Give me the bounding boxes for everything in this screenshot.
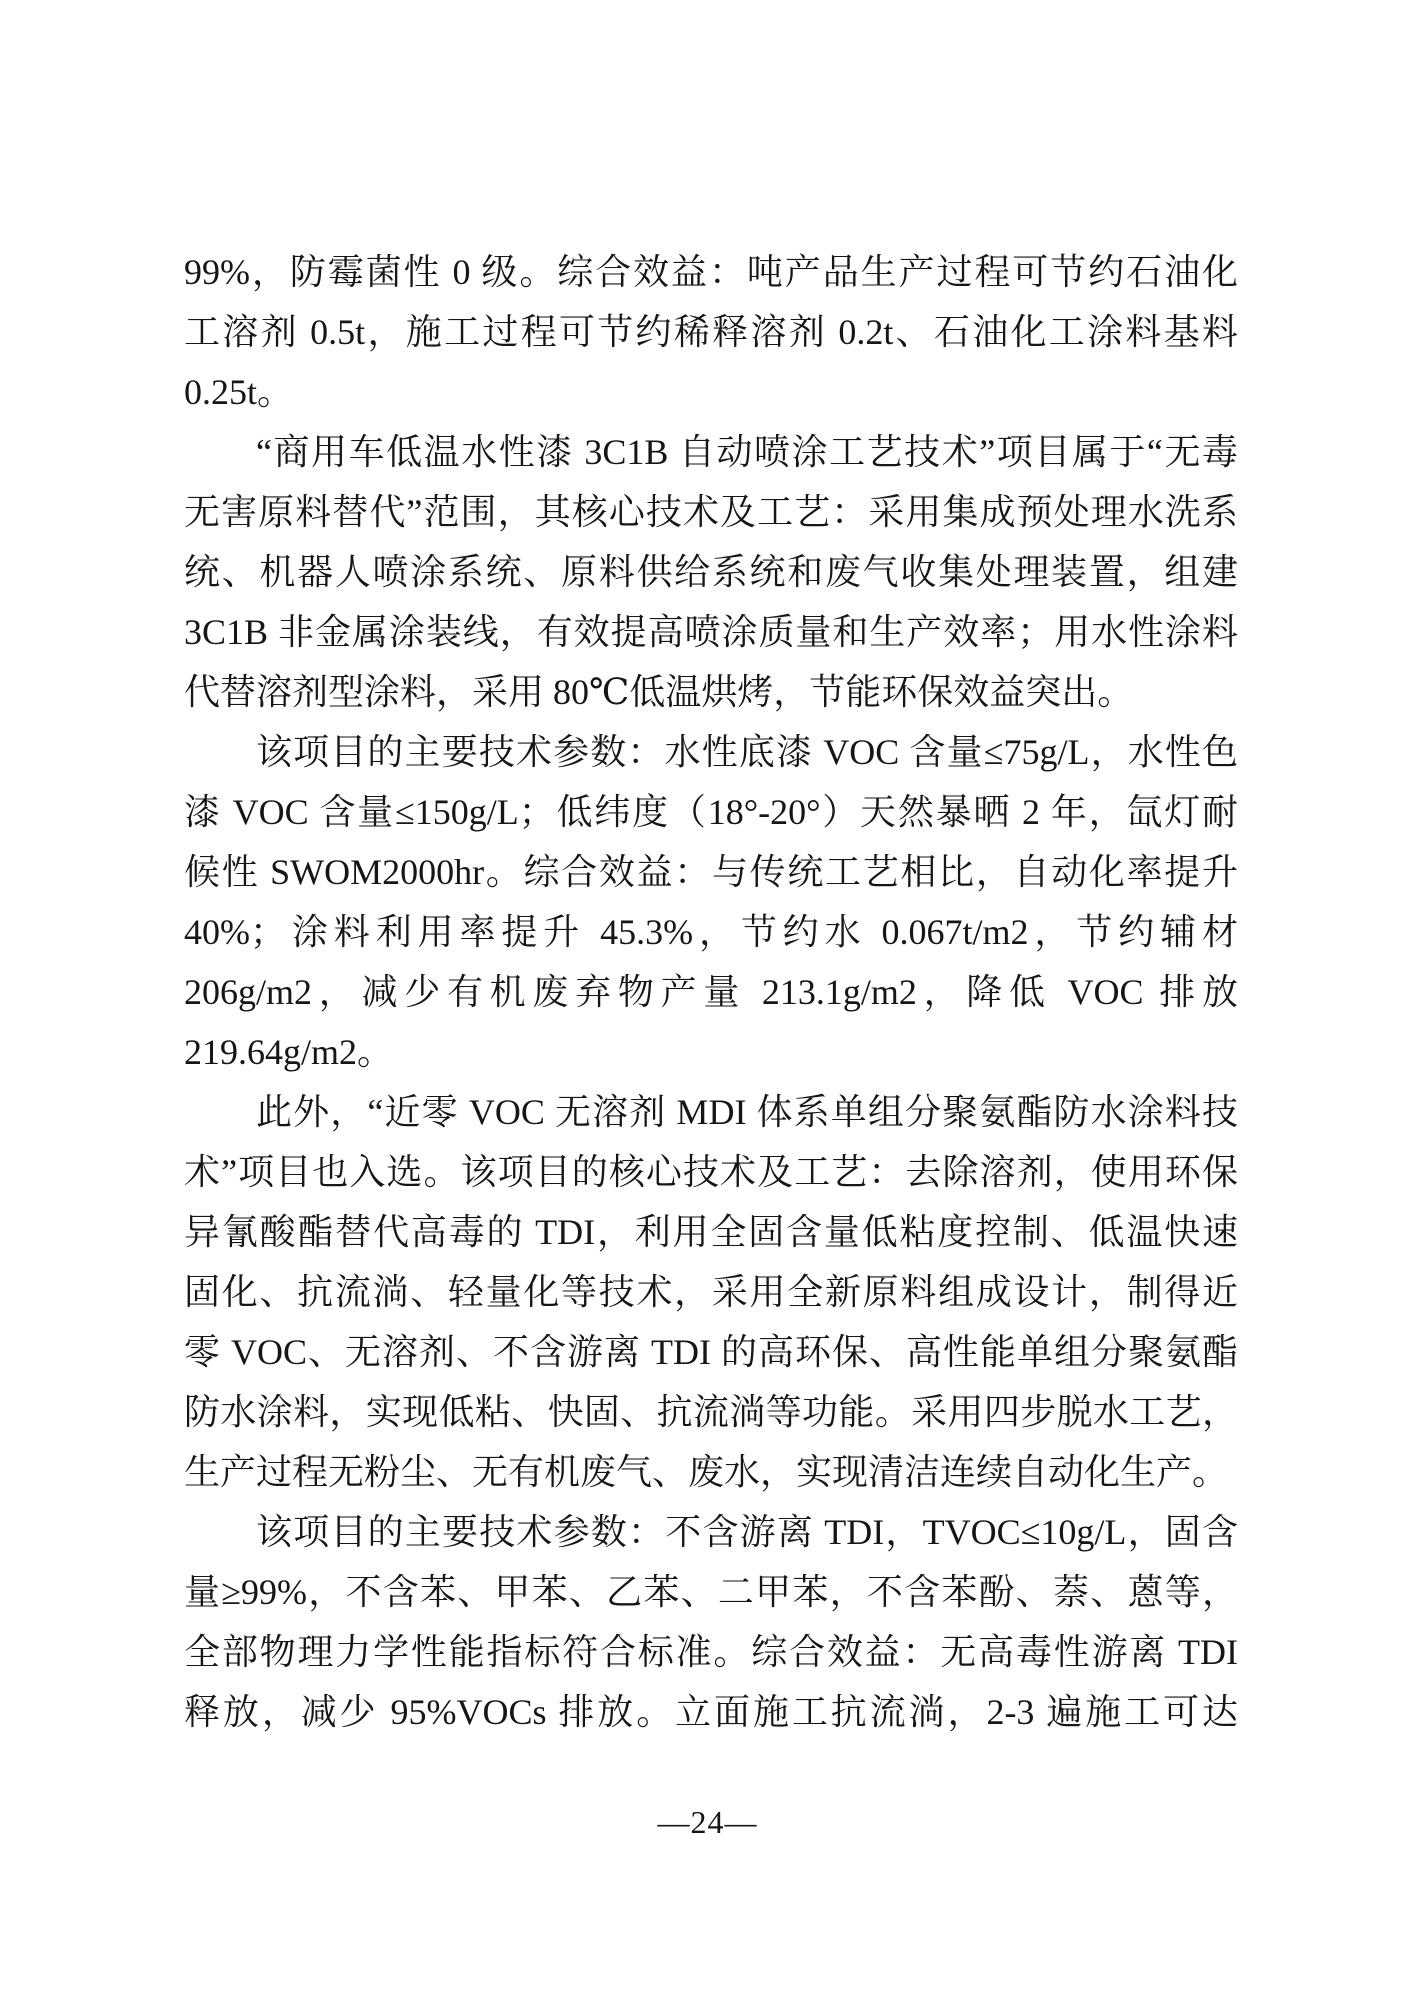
text-line: 99%，防霉菌性 0 级。综合效益：吨产品生产过程可节约石油化 bbox=[184, 242, 1238, 302]
text-line: 漆 VOC 含量≤150g/L；低纬度（18°-20°）天然暴晒 2 年，氙灯耐 bbox=[184, 782, 1238, 842]
text-line: 该项目的主要技术参数：水性底漆 VOC 含量≤75g/L，水性色 bbox=[184, 722, 1238, 782]
text-line: 生产过程无粉尘、无有机废气、废水，实现清洁连续自动化生产。 bbox=[184, 1442, 1238, 1502]
text-line: “商用车低温水性漆 3C1B 自动喷涂工艺技术”项目属于“无毒 bbox=[184, 422, 1238, 482]
text-line: 206g/m2，减少有机废弃物产量 213.1g/m2，降低 VOC 排放 bbox=[184, 962, 1238, 1022]
text-line: 释放，减少 95%VOCs 排放。立面施工抗流淌，2-3 遍施工可达 bbox=[184, 1682, 1238, 1742]
page-footer: —24— bbox=[0, 1800, 1415, 1844]
text-line: 此外，“近零 VOC 无溶剂 MDI 体系单组分聚氨酯防水涂料技 bbox=[184, 1082, 1238, 1142]
text-line: 219.64g/m2。 bbox=[184, 1022, 1238, 1082]
text-line: 异氰酸酯替代高毒的 TDI，利用全固含量低粘度控制、低温快速 bbox=[184, 1202, 1238, 1262]
page-number: —24— bbox=[658, 1804, 758, 1840]
text-line: 零 VOC、无溶剂、不含游离 TDI 的高环保、高性能单组分聚氨酯 bbox=[184, 1322, 1238, 1382]
text-line: 代替溶剂型涂料，采用 80℃低温烘烤，节能环保效益突出。 bbox=[184, 662, 1238, 722]
text-line: 40%；涂料利用率提升 45.3%，节约水 0.067t/m2，节约辅材 bbox=[184, 902, 1238, 962]
document-page: 99%，防霉菌性 0 级。综合效益：吨产品生产过程可节约石油化工溶剂 0.5t，… bbox=[0, 0, 1415, 2000]
text-line: 量≥99%，不含苯、甲苯、乙苯、二甲苯，不含苯酚、萘、蒽等， bbox=[184, 1562, 1238, 1622]
text-line: 候性 SWOM2000hr。综合效益：与传统工艺相比，自动化率提升 bbox=[184, 842, 1238, 902]
text-line: 该项目的主要技术参数：不含游离 TDI，TVOC≤10g/L，固含 bbox=[184, 1502, 1238, 1562]
text-line: 无害原料替代”范围，其核心技术及工艺：采用集成预处理水洗系 bbox=[184, 482, 1238, 542]
text-line: 固化、抗流淌、轻量化等技术，采用全新原料组成设计，制得近 bbox=[184, 1262, 1238, 1322]
text-line: 统、机器人喷涂系统、原料供给系统和废气收集处理装置，组建 bbox=[184, 542, 1238, 602]
text-line: 防水涂料，实现低粘、快固、抗流淌等功能。采用四步脱水工艺， bbox=[184, 1382, 1238, 1442]
text-line: 术”项目也入选。该项目的核心技术及工艺：去除溶剂，使用环保 bbox=[184, 1142, 1238, 1202]
text-line: 全部物理力学性能指标符合标准。综合效益：无高毒性游离 TDI bbox=[184, 1622, 1238, 1682]
text-block: 99%，防霉菌性 0 级。综合效益：吨产品生产过程可节约石油化工溶剂 0.5t，… bbox=[184, 242, 1238, 1742]
text-line: 0.25t。 bbox=[184, 362, 1238, 422]
text-line: 3C1B 非金属涂装线，有效提高喷涂质量和生产效率；用水性涂料 bbox=[184, 602, 1238, 662]
text-line: 工溶剂 0.5t，施工过程可节约稀释溶剂 0.2t、石油化工涂料基料 bbox=[184, 302, 1238, 362]
